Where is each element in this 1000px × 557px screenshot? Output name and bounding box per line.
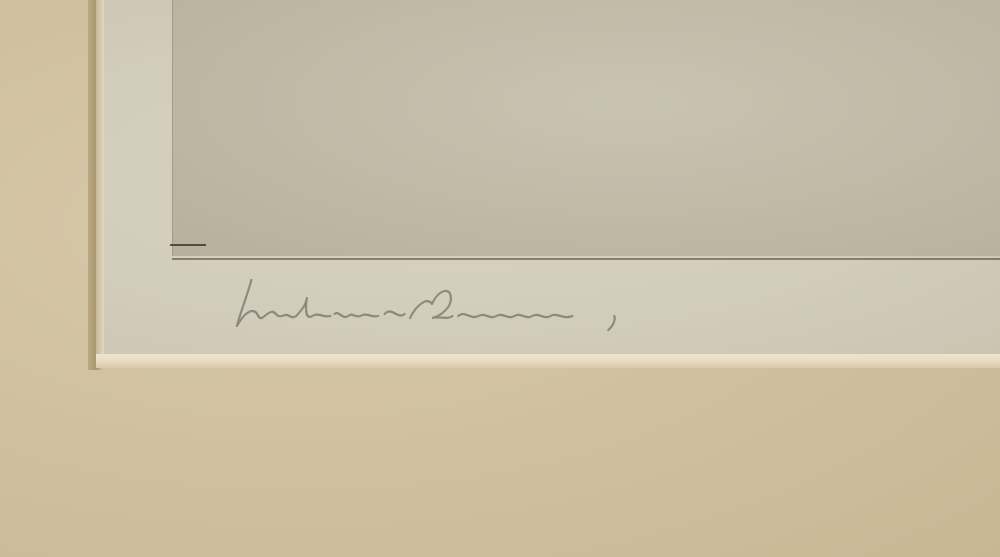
plate-mark [172,238,1000,260]
pencil-signature [232,276,640,332]
etching-plate-area [172,0,1000,256]
mat-bevel-bottom [96,354,1000,368]
signature-stroke-icon [232,276,640,332]
mat-bevel-left [96,0,104,366]
plate-corner-mark [170,236,206,246]
